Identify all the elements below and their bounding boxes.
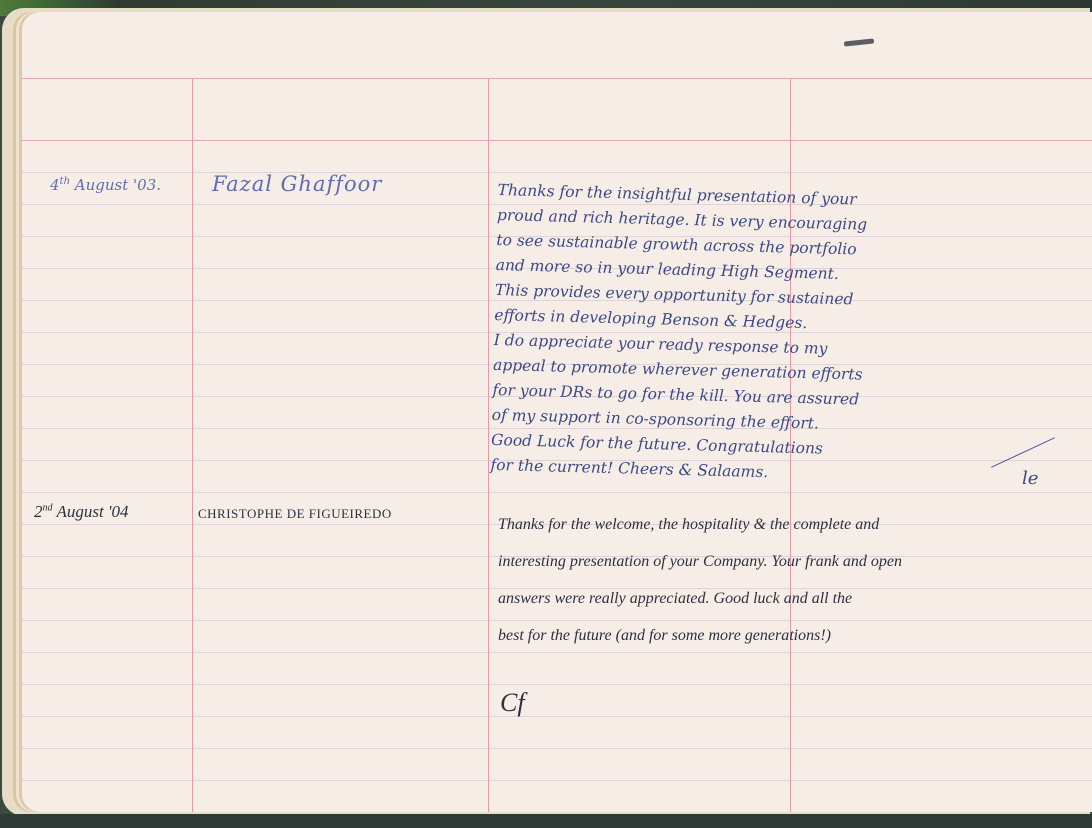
- ruled-line: [22, 748, 1092, 749]
- entry-name: Fazal Ghaffoor: [212, 172, 382, 196]
- date-day: 2: [34, 502, 43, 521]
- ruled-line: [22, 716, 1092, 717]
- ledger-page: 4th August '03. Fazal Ghaffoor Thanks fo…: [22, 12, 1092, 812]
- ruled-line: [22, 780, 1092, 781]
- signature-flourish: [991, 437, 1055, 467]
- header-rule-top: [22, 78, 1092, 79]
- remarks-line: answers were really appreciated. Good lu…: [498, 580, 902, 617]
- date-rest: August '03.: [75, 176, 161, 194]
- remarks-line: Thanks for the welcome, the hospitality …: [498, 506, 902, 543]
- entry-name: CHRISTOPHE DE FIGUEIREDO: [198, 506, 392, 522]
- date-suffix: th: [60, 176, 70, 187]
- entry-date: 2nd August '04: [34, 502, 129, 522]
- ruled-line: [22, 684, 1092, 685]
- column-rule-name: [488, 78, 489, 812]
- ruled-line: [22, 492, 1092, 493]
- book-cover-bottom: [0, 814, 1092, 828]
- date-day: 4: [50, 176, 60, 194]
- entry-remarks: Thanks for the welcome, the hospitality …: [498, 506, 902, 654]
- column-rule-date: [192, 78, 193, 812]
- pencil-mark: [844, 38, 874, 46]
- entry-signature: Cf: [500, 688, 525, 718]
- entry-date: 4th August '03.: [50, 176, 161, 194]
- remarks-line: best for the future (and for some more g…: [498, 617, 902, 654]
- date-suffix: nd: [43, 502, 53, 513]
- header-rule-bottom: [22, 140, 1092, 141]
- entry-remarks: Thanks for the insightful presentation o…: [490, 178, 868, 488]
- remarks-line: interesting presentation of your Company…: [498, 543, 902, 580]
- date-rest: August '04: [56, 502, 128, 521]
- entry-signature: le: [1022, 468, 1038, 489]
- ruled-line: [22, 172, 1092, 173]
